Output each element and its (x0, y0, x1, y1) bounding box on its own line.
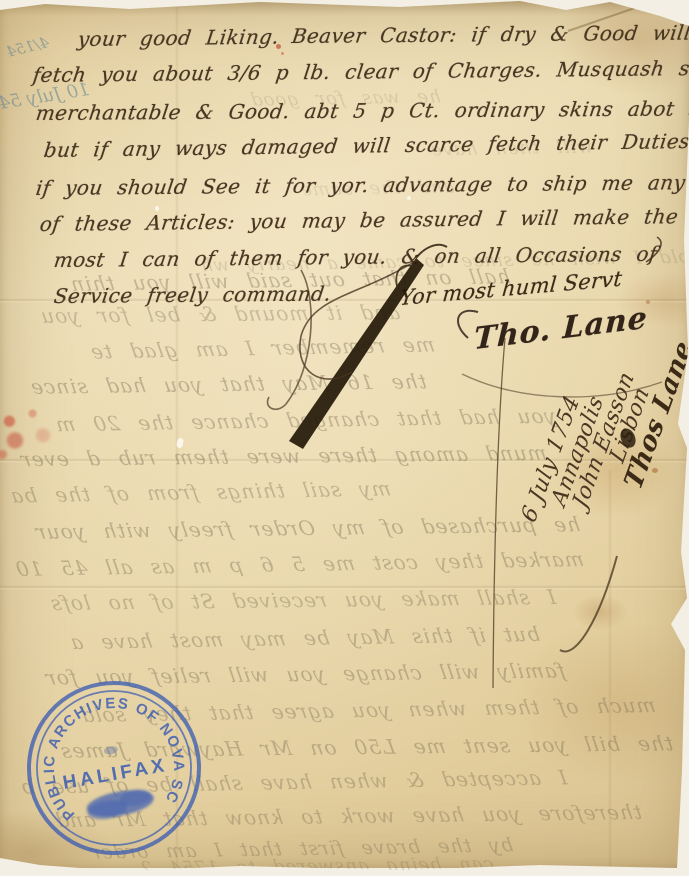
bleedthrough-line: but if this May be may most have a (68, 622, 541, 654)
letter-line: Beaver Castor: if dry & Good will (290, 21, 689, 49)
scanned-letter: he was for goodwill then haveand the sam… (0, 0, 689, 876)
bleedthrough-line: I shall make you received St of no lofs (48, 585, 557, 615)
letter-line: most I can of them for you. & on all Occ… (52, 242, 658, 272)
letter-page: he was for goodwill then haveand the sam… (0, 0, 689, 868)
bleedthrough-line: my sail things from of the ba (8, 476, 392, 507)
letter-line: fetch you about 3/6 p lb. clear of Charg… (31, 56, 689, 87)
fold-crease (608, 470, 612, 868)
letter-line: of these Articles: you may be assured I … (38, 204, 679, 236)
stamp-center-text: HALIFAX (61, 755, 169, 794)
fold-crease (0, 585, 689, 590)
bleedthrough-line: mund among there were them rub d ever (18, 441, 548, 471)
bleedthrough-line: you had that changed chance the 20 m (53, 404, 557, 437)
stamp-ornament (103, 745, 118, 755)
letter-line: your good Liking. (76, 25, 280, 51)
signature: Tho. Lane (473, 300, 648, 357)
red-speck (281, 52, 284, 55)
bleedthrough-line: me remember I am glad te (88, 332, 436, 363)
bleedthrough-line: can being answered to 1754 2 (138, 854, 495, 876)
bleedthrough-line: he purchased of my Order freely with you… (33, 512, 581, 544)
letter-line: Service freely command. (52, 282, 332, 308)
stamp-ink-smudge (85, 786, 156, 822)
bleedthrough-line: marked they cost me 5 6 p m as all 45 10 (13, 547, 585, 581)
letter-line: merchantable & Good. abt 5 p Ct. ordinar… (34, 96, 689, 125)
letter-line: if you should See it for yor. advantage … (34, 170, 687, 200)
archive-stamp: PUBLIC ARCHIVES OF NOVA SCOTIA HALIFAX (7, 661, 220, 874)
paper-fleck (176, 438, 184, 449)
bleedthrough-mark: 4/154 (4, 33, 50, 61)
bleedthrough-line: the 16 May that you had since (28, 369, 428, 398)
letter-closing: Yor most huml Servt (399, 266, 623, 310)
letter-line: but if any ways damaged will scarce fetc… (42, 129, 689, 162)
red-ink-stain (0, 402, 64, 466)
